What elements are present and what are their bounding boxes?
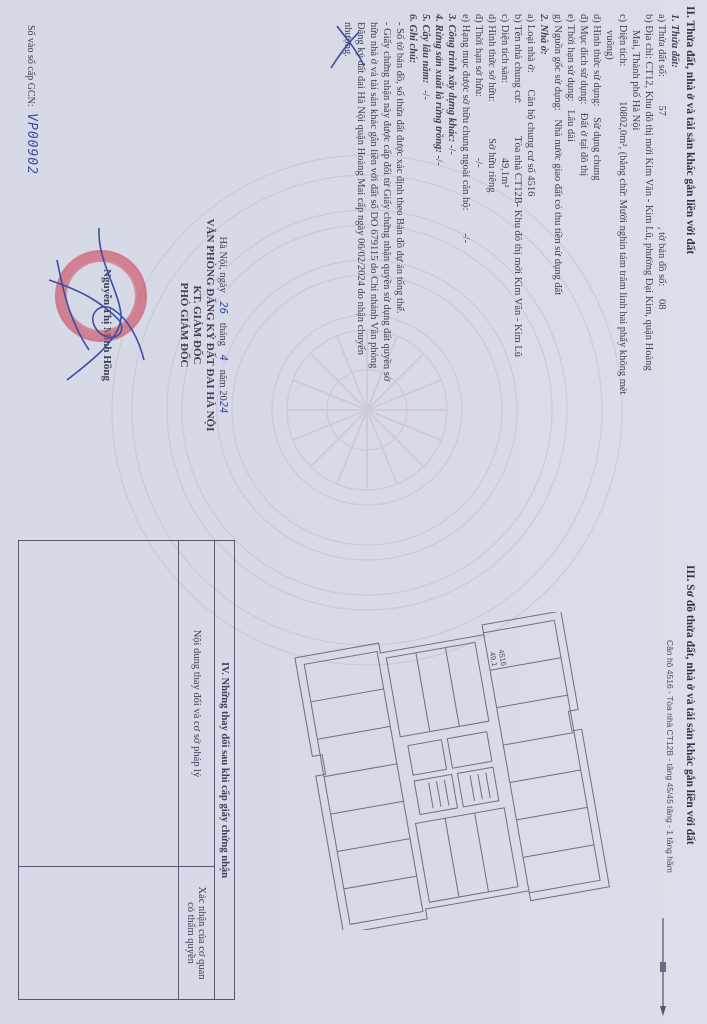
house-heading: 2. Nhà ở: — [537, 14, 549, 55]
shared-items-label: e) Hạng mục được sở hữu chung ngoài căn … — [460, 14, 471, 211]
year-label: năm 20 — [217, 370, 228, 401]
parcel-number-label: a) Thửa đất số: — [656, 14, 667, 77]
issuing-office: VĂN PHÒNG ĐĂNG KÝ ĐẤT ĐAI HÀ NỘI — [204, 195, 216, 455]
address-line-1: b) Địa chỉ: CT12, Khu đô thị mới Kim Văn… — [642, 14, 654, 371]
shared-items-value: -/- — [460, 233, 471, 243]
planted-forest-label: 4. Rừng sản xuất là rừng trồng: — [433, 14, 444, 153]
use-term-row: e) Thời hạn sử dụng: Lâu dài — [564, 14, 576, 142]
house-type-value: Căn hộ chung cư số 4516 — [525, 90, 536, 197]
col-change-content: Nội dung thay đổi và cơ sở pháp lý — [179, 541, 215, 867]
registry-label: Số vào sổ cấp GCN: — [25, 25, 36, 107]
col2-line-1: Xác nhận của cơ quan — [197, 867, 208, 999]
ownership-term-value: -/- — [473, 158, 484, 168]
area-value: 10802,0m², (bằng chữ: Mười nghìn tám tră… — [617, 101, 628, 394]
use-purpose-label: đ) Mục đích sử dụng: — [578, 14, 589, 104]
map-sheet-label: , tờ bản đồ số: — [656, 227, 667, 287]
planted-forest-value: -/- — [433, 156, 444, 166]
floor-area-row: c) Diện tích sàn: 49,1m² — [498, 14, 510, 187]
perennial-trees-row: 5. Cây lâu năm: -/- — [419, 14, 431, 100]
signature-scribble-icon — [39, 220, 159, 390]
signer-role-1: KT. GIÁM ĐỐC — [191, 195, 203, 455]
note-line: - Số tờ bản đồ, số thửa đất được xác địn… — [393, 22, 405, 314]
col2-line-2: có thẩm quyền — [186, 867, 197, 999]
area-row: c) Diện tích: 10802,0m², (bằng chữ: Mười… — [616, 14, 628, 394]
parcel-number-row: a) Thửa đất số: 57 , tờ bản đồ số: 08 — [655, 14, 667, 309]
change-content-cell — [19, 541, 179, 867]
parcel-number-value: 57 — [655, 80, 667, 142]
use-form-label: d) Hình thức sử dụng: — [591, 14, 602, 106]
note-line: hữu nhà ở và tài sản khác gắn liền với đ… — [367, 22, 379, 368]
issue-year: 24 — [217, 401, 229, 414]
section-ii-title: II. Thửa đất, nhà ở và tài sản khác gắn … — [684, 6, 696, 254]
notes-heading: 6. Ghi chú: — [406, 14, 418, 63]
use-origin-value: Nhà nước giao đất có thu tiền sử dụng đấ… — [552, 119, 563, 295]
building-name-row: b) Tên nhà chung cư: Tòa nhà CT12B- Khu … — [511, 14, 523, 357]
handwritten-cross-icon — [327, 22, 367, 72]
issue-month: 4 — [217, 355, 229, 361]
ownership-term-label: đ) Thời hạn sở hữu: — [473, 14, 484, 97]
registry-number: VP00902 — [24, 113, 39, 175]
north-arrow-icon — [657, 918, 669, 1018]
unit-label: 4516 49,1 — [488, 649, 509, 669]
ownership-form-label: d) Hình thức sở hữu: — [486, 14, 497, 102]
registry-row: Số vào sổ cấp GCN: VP00902 — [24, 25, 37, 175]
house-type-row: a) Loại nhà ở: Căn hộ chung cư số 4516 — [524, 14, 536, 196]
signer-role-2: PHÓ GIÁM ĐỐC — [178, 195, 190, 455]
use-term-value: Lâu dài — [565, 110, 576, 142]
apartment-caption: Căn hộ 4516 - Tòa nhà CT12B - tầng 45/45… — [664, 640, 676, 873]
issue-date: Hà Nội, ngày 26 tháng 4 năm 2024 — [216, 195, 229, 455]
ownership-form-value: Sở hữu riêng — [486, 138, 497, 192]
section-iii-title: III. Sơ đồ thửa đất, nhà ở và tài sản kh… — [684, 565, 696, 845]
use-term-label: e) Thời hạn sử dụng: — [565, 14, 576, 101]
col-authority-confirmation: Xác nhận của cơ quan có thẩm quyền — [179, 867, 215, 1000]
floor-plan-diagram — [291, 612, 617, 930]
building-name-value: Tòa nhà CT12B- Khu đô thị mới Kim Văn - … — [512, 136, 523, 357]
use-purpose-value: Đất ở tại đô thị — [578, 113, 589, 176]
perennial-trees-label: 5. Cây lâu năm: — [420, 14, 431, 83]
floor-area-value: 49,1m² — [499, 158, 510, 188]
land-heading: 1. Thửa đất: — [668, 14, 680, 68]
note-line: - Giấy chứng nhận này được cấp đổi từ Gi… — [380, 22, 392, 381]
certificate-page: II. Thửa đất, nhà ở và tài sản khác gắn … — [0, 0, 707, 1024]
date-prefix: Hà Nội, ngày — [217, 237, 228, 293]
ownership-term-row: đ) Thời hạn sở hữu: -/- — [472, 14, 484, 168]
address-line-2: Mai, Thành phố Hà Nội — [629, 30, 641, 130]
map-sheet-value: 08 — [656, 299, 667, 310]
use-form-row: d) Hình thức sử dụng: Sử dụng chung — [590, 14, 602, 181]
other-works-row: 3. Công trình xây dựng khác: -/- — [445, 14, 457, 155]
perennial-trees-value: -/- — [420, 90, 431, 100]
use-origin-row: g) Nguồn gốc sử dụng: Nhà nước giao đất … — [551, 14, 563, 295]
area-line-2: vuông) — [603, 30, 615, 60]
shared-items-row: e) Hạng mục được sở hữu chung ngoài căn … — [459, 14, 471, 243]
building-name-label: b) Tên nhà chung cư: — [512, 14, 523, 103]
other-works-value: -/- — [446, 145, 457, 155]
use-origin-label: g) Nguồn gốc sử dụng: — [552, 14, 563, 111]
issue-day: 26 — [217, 301, 229, 314]
section-iv-title: IV. Những thay đổi sau khi cấp giấy chứn… — [215, 541, 235, 1000]
use-purpose-row: đ) Mục đích sử dụng: Đất ở tại đô thị — [577, 14, 589, 176]
use-form-value: Sử dụng chung — [591, 117, 602, 180]
area-label: c) Diện tích: — [617, 14, 628, 66]
other-works-label: 3. Công trình xây dựng khác: — [446, 14, 457, 142]
planted-forest-row: 4. Rừng sản xuất là rừng trồng: -/- — [432, 14, 444, 165]
month-label: tháng — [217, 323, 228, 346]
authority-cell — [19, 867, 179, 1000]
house-type-label: a) Loại nhà ở: — [525, 14, 536, 73]
floor-area-label: c) Diện tích sàn: — [499, 14, 510, 83]
ownership-form-row: d) Hình thức sở hữu: Sở hữu riêng — [485, 14, 497, 193]
changes-table: IV. Những thay đổi sau khi cấp giấy chứn… — [18, 540, 235, 1000]
